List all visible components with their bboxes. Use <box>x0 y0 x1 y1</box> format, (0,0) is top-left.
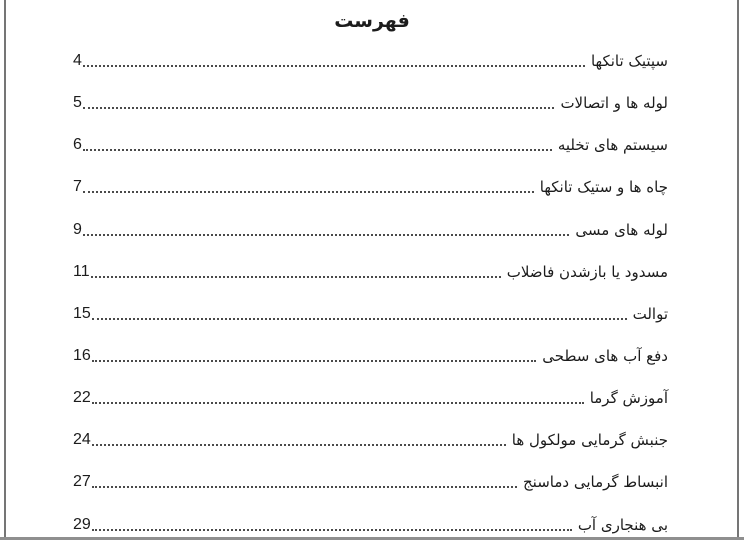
page-right-border <box>737 0 739 540</box>
dot-leader <box>91 276 501 278</box>
toc-entry-page-number: 16 <box>73 347 91 365</box>
toc-entry-page-number: 6 <box>73 136 82 154</box>
toc-entry-label: سیستم های تخلیه <box>558 136 668 154</box>
toc-entry-label: چاه ها و ستیک تانکها <box>540 178 668 196</box>
dot-leader <box>83 234 569 236</box>
dot-leader <box>92 444 506 446</box>
toc-entry-page-number: 7 <box>73 178 82 196</box>
toc-entry-page-number: 15 <box>73 305 91 323</box>
toc-entry[interactable]: چاه ها و ستیک تانکها 7 <box>73 166 668 208</box>
toc-entry-label: لوله ها و اتصالات <box>560 94 668 112</box>
toc-entry[interactable]: سیستم های تخلیه 6 <box>73 124 668 166</box>
toc-entry[interactable]: بی هنجاری آب 29 <box>73 504 668 540</box>
toc-entry-label: آموزش گرما <box>590 389 668 407</box>
toc-entry-page-number: 9 <box>73 221 82 239</box>
toc-entry-label: سپتیک تانکها <box>591 52 668 70</box>
toc-entry[interactable]: سپتیک تانکها 4 <box>73 40 668 82</box>
toc-entry-page-number: 27 <box>73 473 91 491</box>
dot-leader <box>83 107 555 109</box>
toc-entry-page-number: 5 <box>73 94 82 112</box>
dot-leader <box>92 486 517 488</box>
toc-entry[interactable]: انبساط گرمایی دماسنج 27 <box>73 461 668 503</box>
toc-title: فهرست <box>0 8 744 34</box>
toc-entry-label: بی هنجاری آب <box>578 516 668 534</box>
toc-entry-label: لوله های مسی <box>575 221 668 239</box>
toc-entry-page-number: 22 <box>73 389 91 407</box>
toc-entry[interactable]: آموزش گرما 22 <box>73 377 668 419</box>
dot-leader <box>83 65 585 67</box>
toc-entry-page-number: 4 <box>73 52 82 70</box>
toc-entry-label: توالت <box>633 305 668 323</box>
dot-leader <box>92 318 627 320</box>
dot-leader <box>92 529 572 531</box>
toc-entry[interactable]: توالت 15 <box>73 293 668 335</box>
toc-entry-label: مسدود یا بازشدن فاضلاب <box>507 263 668 281</box>
toc-entry[interactable]: لوله ها و اتصالات 5 <box>73 82 668 124</box>
toc-entry-label: دفع آب های سطحی <box>542 347 668 365</box>
toc-entry-label: انبساط گرمایی دماسنج <box>523 473 668 491</box>
toc-entry[interactable]: دفع آب های سطحی 16 <box>73 335 668 377</box>
toc-entry[interactable]: لوله های مسی 9 <box>73 209 668 251</box>
page-left-border <box>4 0 6 540</box>
dot-leader <box>92 402 584 404</box>
toc-entry[interactable]: مسدود یا بازشدن فاضلاب 11 <box>73 251 668 293</box>
dot-leader <box>92 360 536 362</box>
toc-entry[interactable]: جنبش گرمایی مولکول ها 24 <box>73 419 668 461</box>
toc-entry-label: جنبش گرمایی مولکول ها <box>512 431 668 449</box>
document-page: فهرست سپتیک تانکها 4 لوله ها و اتصالات 5… <box>0 0 744 540</box>
toc-entry-page-number: 29 <box>73 516 91 534</box>
toc-list: سپتیک تانکها 4 لوله ها و اتصالات 5 سیستم… <box>73 40 668 540</box>
toc-entry-page-number: 11 <box>73 263 90 281</box>
dot-leader <box>83 191 534 193</box>
toc-entry-page-number: 24 <box>73 431 91 449</box>
dot-leader <box>83 149 552 151</box>
